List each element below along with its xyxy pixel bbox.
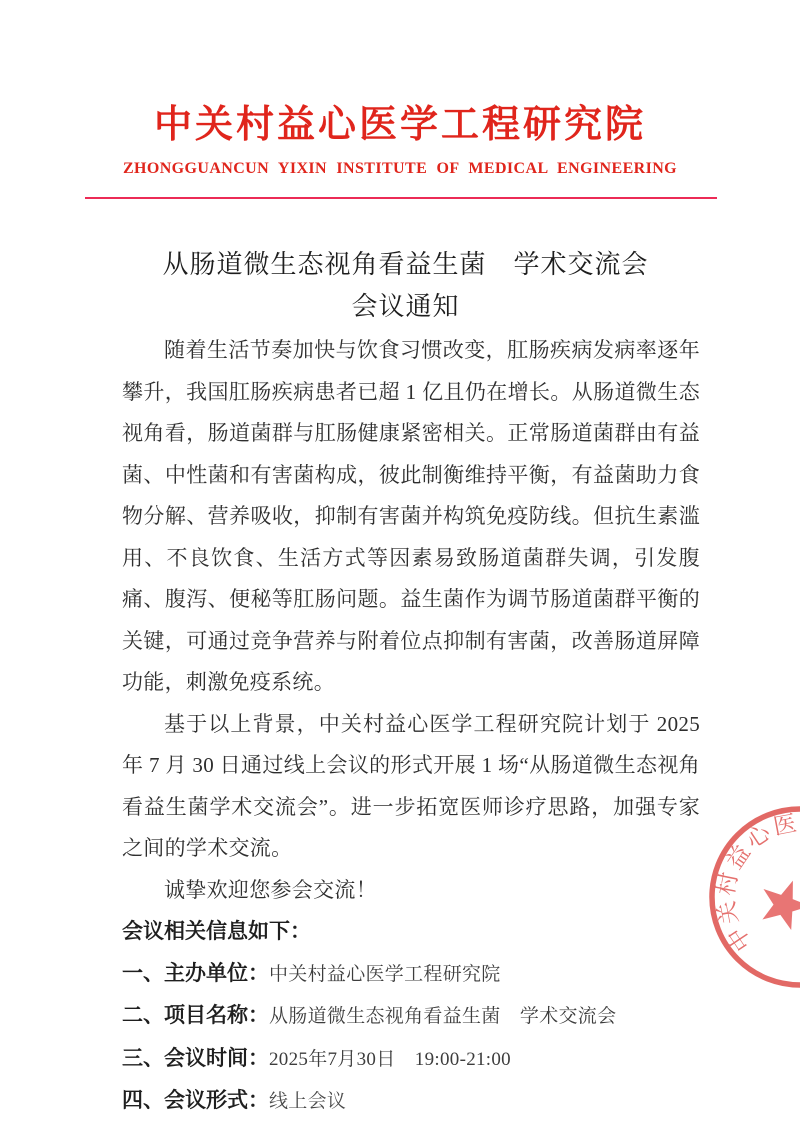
list-item: 一、主办单位：中关村益心医学工程研究院 [122, 953, 700, 996]
info-item-label: 四、会议形式： [122, 1089, 269, 1112]
letterhead-org-name-en: ZHONGGUANCUN YIXIN INSTITUTE OF MEDICAL … [0, 158, 800, 180]
paragraph: 随着生活节奏加快与饮食习惯改变，肛肠疾病发病率逐年攀升，我国肛肠疾病患者已超 1… [122, 330, 700, 704]
document-title-line2: 会议通知 [111, 286, 700, 328]
info-item-value: 从肠道微生态视角看益生菌 学术交流会 [269, 1006, 616, 1027]
seal-text-arc: 中关村益心医学工程研究院 [713, 810, 800, 957]
document-body: 从肠道微生态视角看益生菌 学术交流会 会议通知 随着生活节奏加快与饮食习惯改变，… [122, 244, 700, 1123]
paragraph: 基于以上背景，中关村益心医学工程研究院计划于 2025 年 7 月 30 日通过… [122, 704, 700, 870]
list-item: 四、会议形式：线上会议 [122, 1080, 700, 1123]
info-item-value: 线上会议 [269, 1091, 346, 1112]
seal-ring [712, 809, 800, 985]
paragraph: 诚挚欢迎您参会交流！ [122, 870, 700, 912]
letterhead-org-name-cn: 中关村益心医学工程研究院 [0, 102, 800, 148]
seal-text: 中关村益心医学工程研究院 [713, 810, 800, 957]
document-text: 随着生活节奏加快与饮食习惯改变，肛肠疾病发病率逐年攀升，我国肛肠疾病患者已超 1… [122, 330, 700, 1123]
info-section-header: 会议相关信息如下： [122, 911, 700, 953]
document-title-line1: 从肠道微生态视角看益生菌 学术交流会 [111, 244, 700, 286]
list-item: 二、项目名称：从肠道微生态视角看益生菌 学术交流会 [122, 995, 700, 1038]
info-item-value: 2025年7月30日 19:00-21:00 [269, 1049, 511, 1070]
letterhead-divider [85, 197, 717, 199]
document-page: 中关村益心医学工程研究院 ZHONGGUANCUN YIXIN INSTITUT… [0, 0, 800, 1131]
list-item: 三、会议时间：2025年7月30日 19:00-21:00 [122, 1038, 700, 1081]
seal-star-icon [762, 881, 800, 930]
info-item-label: 一、主办单位： [122, 962, 269, 985]
document-title: 从肠道微生态视角看益生菌 学术交流会 会议通知 [111, 244, 700, 327]
info-item-label: 二、项目名称： [122, 1004, 269, 1027]
info-item-value: 中关村益心医学工程研究院 [269, 964, 501, 985]
info-item-label: 三、会议时间： [122, 1047, 269, 1070]
